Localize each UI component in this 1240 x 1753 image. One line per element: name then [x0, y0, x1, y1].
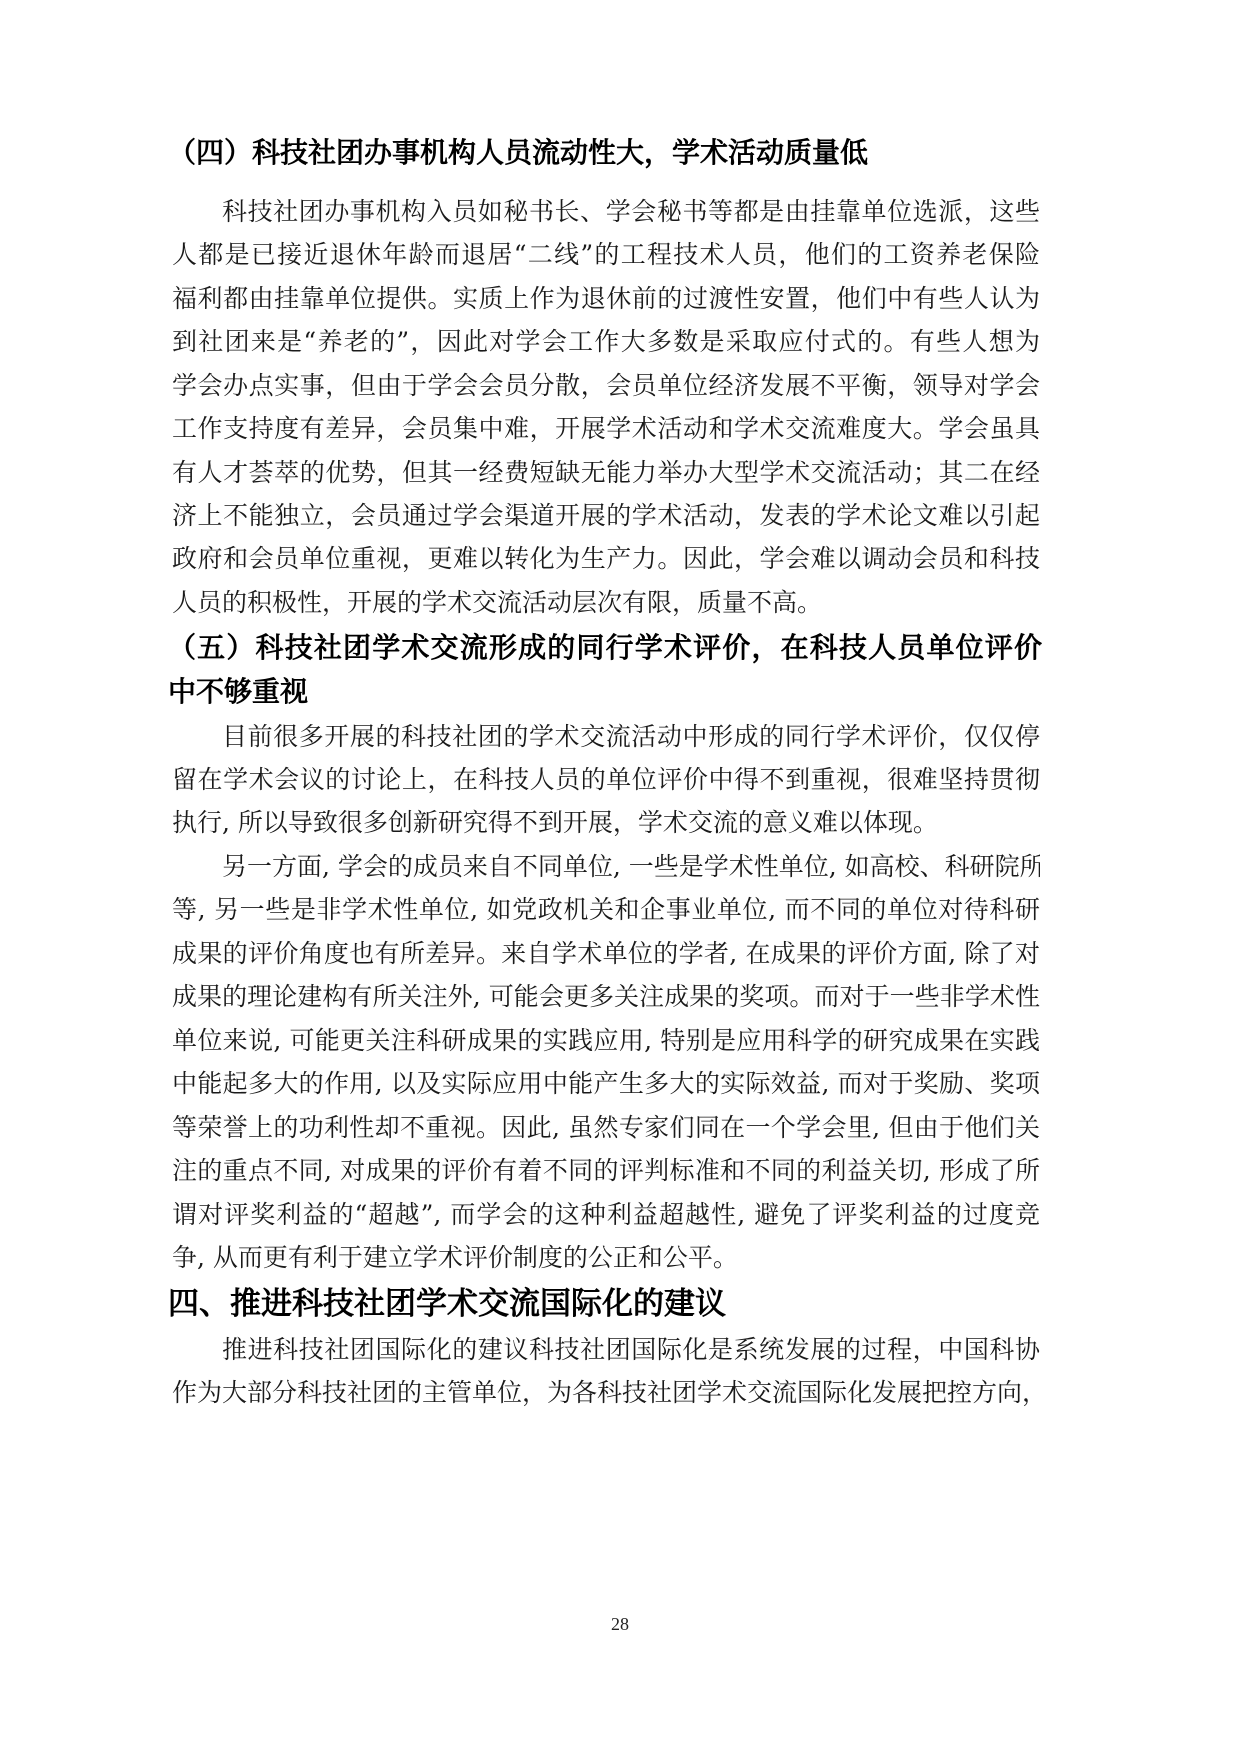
- section-heading-5-line-1: （五）科技社团学术交流形成的同行学术评价，在科技人员单位评价: [168, 626, 1042, 670]
- paragraph-line: 济上不能独立，会员通过学会渠道开展的学术活动，发表的学术论文难以引起: [172, 496, 1040, 536]
- paragraph-line: 工作支持度有差异，会员集中难，开展学术活动和学术交流难度大。学会虽具: [172, 409, 1040, 449]
- paragraph-line: 政府和会员单位重视，更难以转化为生产力。因此，学会难以调动会员和科技: [172, 539, 1040, 579]
- page-number: 28: [0, 1614, 1240, 1635]
- paragraph-line: 有人才荟萃的优势，但其一经费短缺无能力举办大型学术交流活动；其二在经: [172, 453, 1040, 493]
- paragraph-line: 等荣誉上的功利性却不重视。因此, 虽然专家们同在一个学会里, 但由于他们关: [172, 1108, 1040, 1148]
- paragraph-line: 成果的理论建构有所关注外, 可能会更多关注成果的奖项。而对于一些非学术性: [172, 977, 1040, 1017]
- paragraph-line: 谓对评奖利益的“超越”, 而学会的这种利益超越性, 避免了评奖利益的过度竞: [172, 1195, 1040, 1235]
- document-page: （四）科技社团办事机构人员流动性大，学术活动质量低 科技社团办事机构入员如秘书长…: [0, 0, 1240, 1753]
- paragraph-line: 作为大部分科技社团的主管单位，为各科技社团学术交流国际化发展把控方向，: [172, 1373, 1040, 1413]
- paragraph-line: 目前很多开展的科技社团的学术交流活动中形成的同行学术评价，仅仅停: [222, 717, 1040, 757]
- paragraph-line: 单位来说, 可能更关注科研成果的实践应用, 特别是应用科学的研究成果在实践: [172, 1021, 1040, 1061]
- paragraph-line: 注的重点不同, 对成果的评价有着不同的评判标准和不同的利益关切, 形成了所: [172, 1151, 1040, 1191]
- section-heading-4: （四）科技社团办事机构人员流动性大，学术活动质量低: [168, 131, 868, 175]
- paragraph-line: 推进科技社团国际化的建议科技社团国际化是系统发展的过程，中国科协: [222, 1330, 1040, 1370]
- paragraph-line: 到社团来是“养老的”，因此对学会工作大多数是采取应付式的。有些人想为: [172, 322, 1040, 362]
- section-heading-5-line-2: 中不够重视: [168, 670, 308, 714]
- paragraph-line: 人员的积极性，开展的学术交流活动层次有限，质量不高。: [172, 583, 1040, 623]
- paragraph-line: 成果的评价角度也有所差异。来自学术单位的学者, 在成果的评价方面, 除了对: [172, 934, 1040, 974]
- paragraph-line: 争, 从而更有利于建立学术评价制度的公正和公平。: [172, 1238, 1040, 1278]
- paragraph-line: 科技社团办事机构入员如秘书长、学会秘书等都是由挂靠单位选派，这些: [222, 192, 1040, 232]
- paragraph-line: 等, 另一些是非学术性单位, 如党政机关和企事业单位, 而不同的单位对待科研: [172, 890, 1040, 930]
- paragraph-line: 学会办点实事，但由于学会会员分散，会员单位经济发展不平衡，领导对学会: [172, 366, 1040, 406]
- paragraph-line: 福利都由挂靠单位提供。实质上作为退休前的过渡性安置，他们中有些人认为: [172, 279, 1040, 319]
- paragraph-line: 人都是已接近退休年龄而退居“二线”的工程技术人员，他们的工资养老保险: [172, 235, 1040, 275]
- paragraph-line: 执行, 所以导致很多创新研究得不到开展，学术交流的意义难以体现。: [172, 803, 1040, 843]
- paragraph-line: 留在学术会议的讨论上，在科技人员的单位评价中得不到重视，很难坚持贯彻: [172, 760, 1040, 800]
- paragraph-line: 中能起多大的作用, 以及实际应用中能产生多大的实际效益, 而对于奖励、奖项: [172, 1064, 1040, 1104]
- paragraph-line: 另一方面, 学会的成员来自不同单位, 一些是学术性单位, 如高校、科研院所: [222, 847, 1040, 887]
- chapter-heading-4: 四、推进科技社团学术交流国际化的建议: [168, 1282, 726, 1326]
